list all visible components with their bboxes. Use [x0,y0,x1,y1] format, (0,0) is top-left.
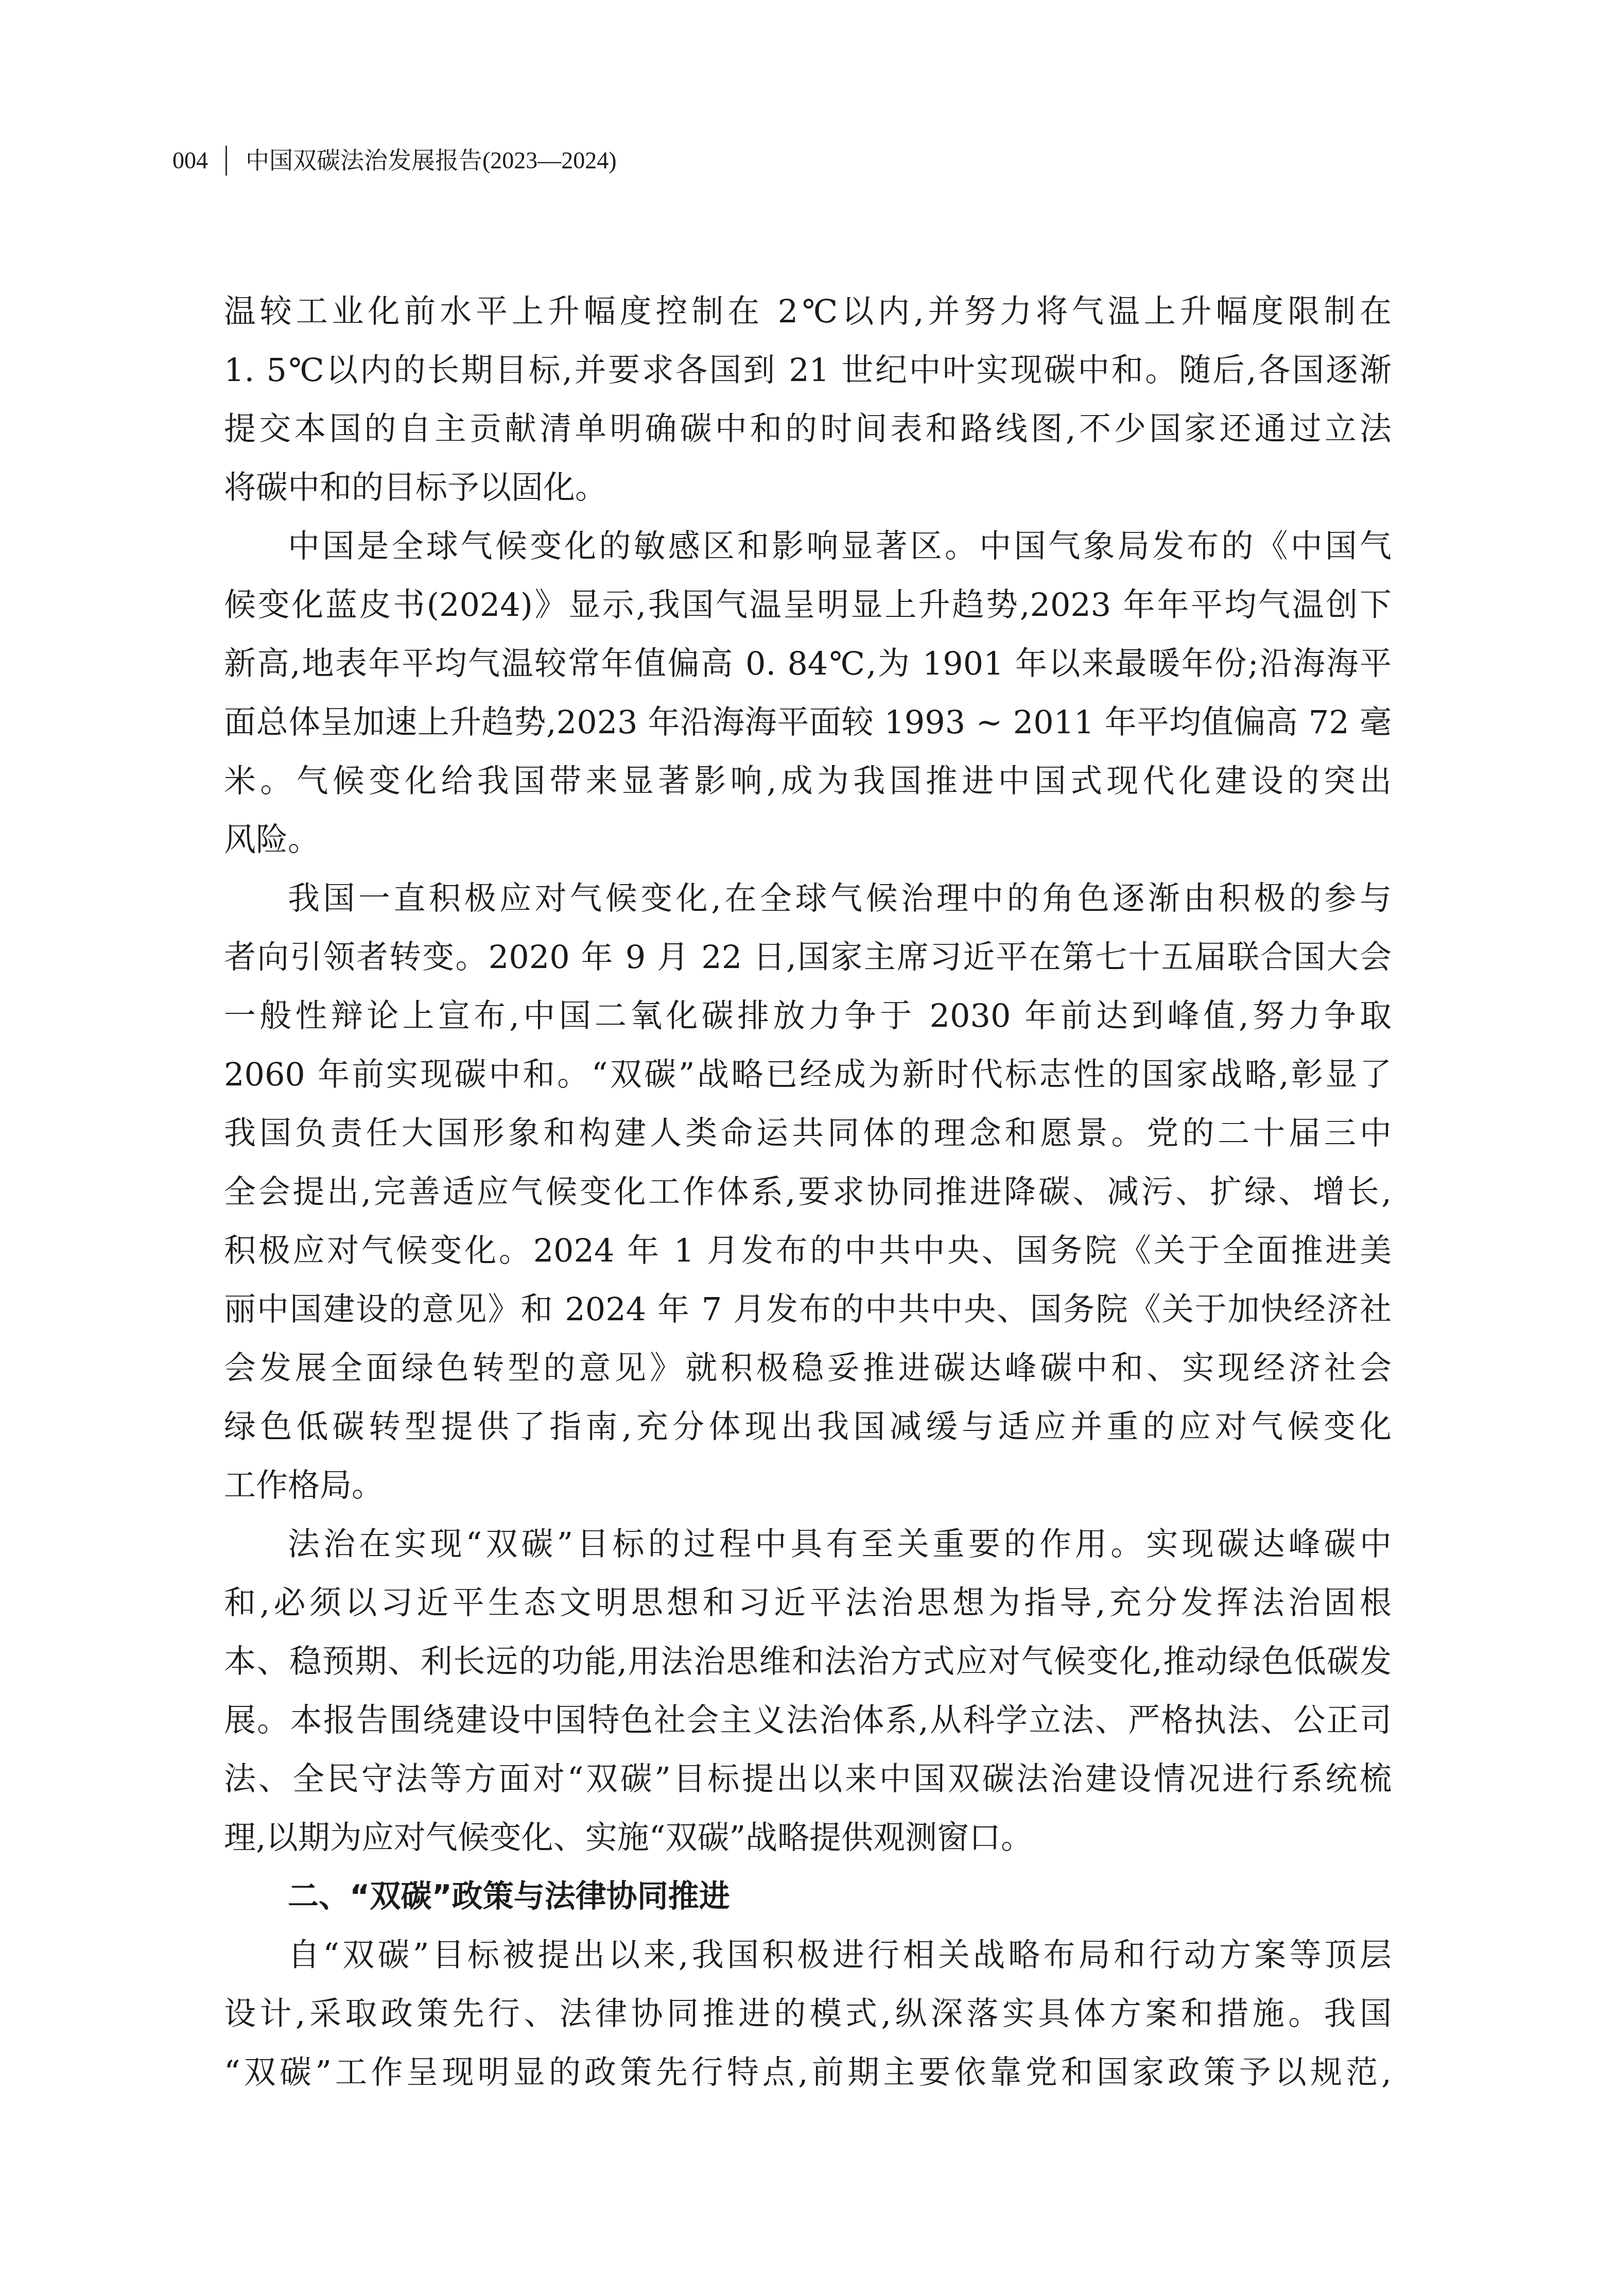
text-line: 法、全民守法等方面对“双碳”目标提出以来中国双碳法治建设情况进行系统梳 [224,1750,1392,1808]
text-line: 和,必须以习近平生态文明思想和习近平法治思想为指导,充分发挥法治固根 [224,1574,1392,1632]
text-line: 丽中国建设的意见》和 2024 年 7 月发布的中共中央、国务院《关于加快经济社 [224,1280,1392,1339]
text-line: 绿色低碳转型提供了指南,充分体现出我国减缓与适应并重的应对气候变化 [224,1397,1392,1456]
text-line: 中国是全球气候变化的敏感区和影响显著区。中国气象局发布的《中国气 [224,517,1392,576]
page-body: 温较工业化前水平上升幅度控制在 2℃以内,并努力将气温上升幅度限制在 1. 5℃… [224,282,1392,2102]
text-line: 法治在实现“双碳”目标的过程中具有至关重要的作用。实现碳达峰碳中 [224,1515,1392,1574]
text-line: 候变化蓝皮书(2024)》显示,我国气温呈明显上升趋势,2023 年年平均气温创… [224,576,1392,634]
page-number: 004 [172,145,208,176]
text-line: 积极应对气候变化。2024 年 1 月发布的中共中央、国务院《关于全面推进美 [224,1221,1392,1280]
text-line: 新高,地表年平均气温较常年值偏高 0. 84℃,为 1901 年以来最暖年份;沿… [224,634,1392,693]
section-paragraph: 自“双碳”目标被提出以来,我国积极进行相关战略布局和行动方案等顶层 设计,采取政… [224,1926,1392,2102]
text-line: 者向引领者转变。2020 年 9 月 22 日,国家主席习近平在第七十五届联合国… [224,928,1392,987]
text-line: 将碳中和的目标予以固化。 [224,458,1392,517]
text-line: 理,以期为应对气候变化、实施“双碳”战略提供观测窗口。 [224,1808,1392,1867]
book-title: 中国双碳法治发展报告(2023—2024) [246,145,617,176]
text-line: 会发展全面绿色转型的意见》就积极稳妥推进碳达峰碳中和、实现经济社会 [224,1339,1392,1397]
text-line: 展。本报告围绕建设中国特色社会主义法治体系,从科学立法、严格执法、公正司 [224,1691,1392,1750]
paragraph-1: 温较工业化前水平上升幅度控制在 2℃以内,并努力将气温上升幅度限制在 1. 5℃… [224,282,1392,517]
text-line: 全会提出,完善适应气候变化工作体系,要求协同推进降碳、减污、扩绿、增长, [224,1163,1392,1221]
text-line: 本、稳预期、利长远的功能,用法治思维和法治方式应对气候变化,推动绿色低碳发 [224,1632,1392,1691]
text-line: 我国一直积极应对气候变化,在全球气候治理中的角色逐渐由积极的参与 [224,869,1392,928]
running-header: 004 中国双碳法治发展报告(2023—2024) [172,145,617,176]
text-line: 自“双碳”目标被提出以来,我国积极进行相关战略布局和行动方案等顶层 [224,1926,1392,1984]
text-line: 1. 5℃以内的长期目标,并要求各国到 21 世纪中叶实现碳中和。随后,各国逐渐 [224,341,1392,400]
paragraph-3: 我国一直积极应对气候变化,在全球气候治理中的角色逐渐由积极的参与 者向引领者转变… [224,869,1392,1515]
paragraph-2: 中国是全球气候变化的敏感区和影响显著区。中国气象局发布的《中国气 候变化蓝皮书(… [224,517,1392,869]
text-line: 一般性辩论上宣布,中国二氧化碳排放力争于 2030 年前达到峰值,努力争取 [224,987,1392,1045]
text-line: 我国负责任大国形象和构建人类命运共同体的理念和愿景。党的二十届三中 [224,1104,1392,1163]
text-line: 提交本国的自主贡献清单明确碳中和的时间表和路线图,不少国家还通过立法 [224,400,1392,458]
section-heading: 二、“双碳”政策与法律协同推进 [224,1867,1392,1926]
text-line: 工作格局。 [224,1456,1392,1515]
text-line: 温较工业化前水平上升幅度控制在 2℃以内,并努力将气温上升幅度限制在 [224,282,1392,341]
header-divider [225,146,227,176]
text-line: 设计,采取政策先行、法律协同推进的模式,纵深落实具体方案和措施。我国 [224,1984,1392,2043]
paragraph-4: 法治在实现“双碳”目标的过程中具有至关重要的作用。实现碳达峰碳中 和,必须以习近… [224,1515,1392,1867]
text-line: “双碳”工作呈现明显的政策先行特点,前期主要依靠党和国家政策予以规范, [224,2043,1392,2102]
text-line: 米。气候变化给我国带来显著影响,成为我国推进中国式现代化建设的突出 [224,752,1392,810]
text-line: 2060 年前实现碳中和。“双碳”战略已经成为新时代标志性的国家战略,彰显了 [224,1045,1392,1104]
text-line: 面总体呈加速上升趋势,2023 年沿海海平面较 1993 ~ 2011 年平均值… [224,693,1392,752]
text-line: 风险。 [224,810,1392,869]
